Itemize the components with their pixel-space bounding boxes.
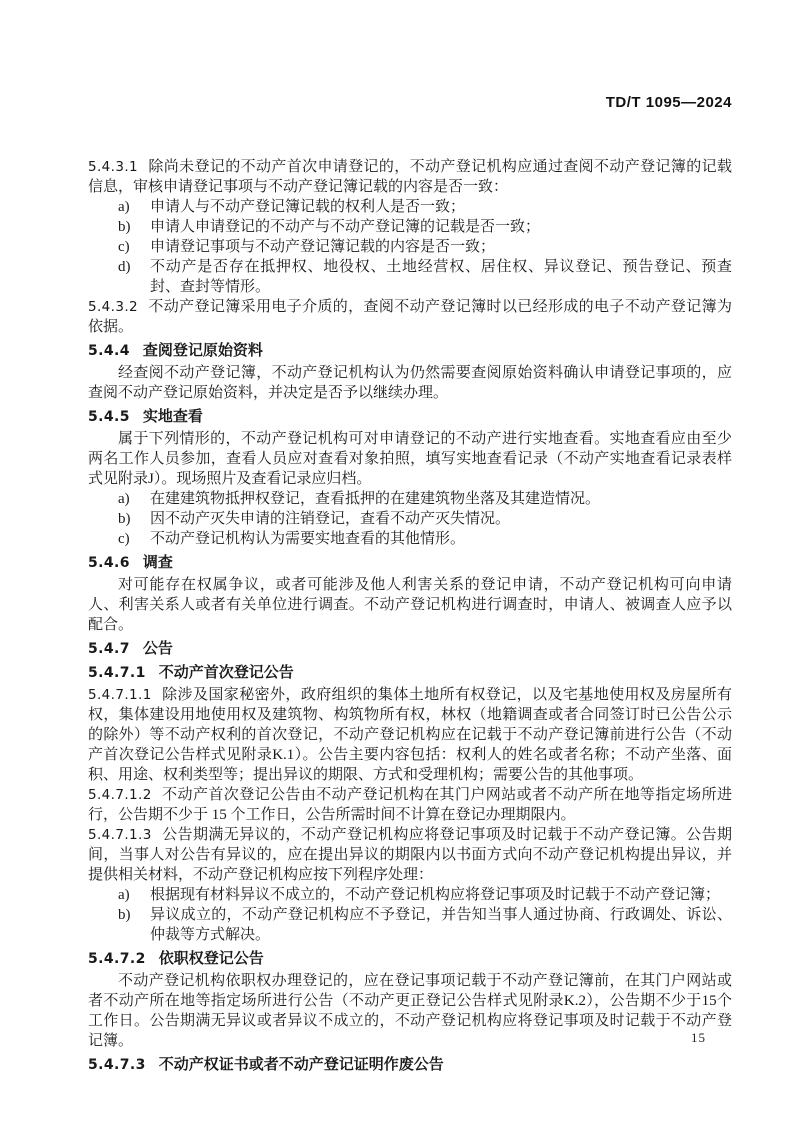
clause-number: 5.4.3.2: [88, 299, 138, 315]
heading-number: 5.4.6: [88, 555, 130, 571]
heading-text: 依职权登记公告: [159, 950, 264, 967]
heading-text: 查阅登记原始资料: [143, 342, 263, 359]
list-item: b) 申请人申请登记的不动产与不动产登记簿的记载是否一致；: [88, 217, 732, 237]
clause-text: 不动产首次登记公告由不动产登记机构在其门户网站或者不动产所在地等指定场所进行，公…: [88, 787, 732, 823]
heading-text: 公告: [143, 640, 173, 657]
heading-number: 5.4.7.1: [88, 665, 146, 681]
page-footer: 15: [691, 1030, 706, 1046]
heading-5-4-4: 5.4.4查阅登记原始资料: [88, 341, 732, 361]
clause-number: 5.4.7.1.2: [88, 787, 152, 803]
list-item-text: 申请人申请登记的不动产与不动产登记簿的记载是否一致；: [150, 217, 732, 237]
list-item: a) 申请人与不动产登记簿记载的权利人是否一致；: [88, 197, 732, 217]
clause-text: 公告期满无异议的，不动产登记机构应将登记事项及时记载于不动产登记簿。公告期间，当…: [88, 827, 732, 883]
paragraph: 不动产登记机构依职权办理登记的，应在登记事项记载于不动产登记簿前，在其门户网站或…: [88, 971, 732, 1051]
document-body: 5.4.3.1除尚未登记的不动产首次申请登记的，不动产登记机构应通过查阅不动产登…: [88, 157, 732, 1077]
list-marker: b): [118, 509, 150, 529]
clause-number: 5.4.3.1: [88, 159, 138, 175]
heading-number: 5.4.7.2: [88, 951, 146, 967]
list-item: b) 异议成立的，不动产登记机构应不予登记，并告知当事人通过协商、行政调处、诉讼…: [88, 905, 732, 945]
doc-code: TD/T 1095—2024: [606, 94, 732, 111]
list-item: c) 申请登记事项与不动产登记簿记载的内容是否一致；: [88, 237, 732, 257]
list-marker: d): [118, 257, 150, 297]
clause-number: 5.4.7.1.1: [88, 687, 152, 703]
heading-number: 5.4.4: [88, 343, 130, 359]
clause-text: 除涉及国家秘密外，政府组织的集体土地所有权登记，以及宅基地使用权及房屋所有权，集…: [88, 687, 732, 783]
list-item-text: 根据现有材料异议不成立的，不动产登记机构应将登记事项及时记载于不动产登记簿；: [150, 885, 732, 905]
list-item: c) 不动产登记机构认为需要实地查看的其他情形。: [88, 529, 732, 549]
list-item-text: 不动产登记机构认为需要实地查看的其他情形。: [150, 529, 732, 549]
heading-number: 5.4.5: [88, 409, 130, 425]
list-marker: b): [118, 217, 150, 237]
heading-5-4-5: 5.4.5实地查看: [88, 407, 732, 427]
list-item: a) 在建建筑物抵押权登记，查看抵押的在建建筑物坐落及其建造情况。: [88, 489, 732, 509]
heading-5-4-7-3: 5.4.7.3不动产权证书或者不动产登记证明作废公告: [88, 1055, 732, 1075]
list-item: b) 因不动产灭失申请的注销登记，查看不动产灭失情况。: [88, 509, 732, 529]
list-item-text: 不动产是否存在抵押权、地役权、土地经营权、居住权、异议登记、预告登记、预查封、查…: [150, 257, 732, 297]
list-item: d) 不动产是否存在抵押权、地役权、土地经营权、居住权、异议登记、预告登记、预查…: [88, 257, 732, 297]
heading-text: 实地查看: [143, 408, 203, 425]
list-item: a) 根据现有材料异议不成立的，不动产登记机构应将登记事项及时记载于不动产登记簿…: [88, 885, 732, 905]
heading-number: 5.4.7: [88, 641, 130, 657]
clause-5-4-7-1-3: 5.4.7.1.3公告期满无异议的，不动产登记机构应将登记事项及时记载于不动产登…: [88, 825, 732, 885]
list-marker: a): [118, 197, 150, 217]
list-item-text: 申请登记事项与不动产登记簿记载的内容是否一致；: [150, 237, 732, 257]
clause-5-4-3-2: 5.4.3.2不动产登记簿采用电子介质的，查阅不动产登记簿时以已经形成的电子不动…: [88, 297, 732, 337]
list-item-text: 申请人与不动产登记簿记载的权利人是否一致；: [150, 197, 732, 217]
heading-text: 不动产权证书或者不动产登记证明作废公告: [159, 1056, 444, 1073]
heading-text: 不动产首次登记公告: [159, 664, 294, 681]
clause-number: 5.4.7.1.3: [88, 827, 152, 843]
list-item-text: 在建建筑物抵押权登记，查看抵押的在建建筑物坐落及其建造情况。: [150, 489, 732, 509]
clause-5-4-3-1: 5.4.3.1除尚未登记的不动产首次申请登记的，不动产登记机构应通过查阅不动产登…: [88, 157, 732, 197]
list-marker: a): [118, 885, 150, 905]
heading-5-4-7: 5.4.7公告: [88, 639, 732, 659]
document-page: TD/T 1095—2024 5.4.3.1除尚未登记的不动产首次申请登记的，不…: [0, 0, 794, 1122]
list-item-text: 因不动产灭失申请的注销登记，查看不动产灭失情况。: [150, 509, 732, 529]
list-marker: c): [118, 237, 150, 257]
heading-5-4-7-2: 5.4.7.2依职权登记公告: [88, 949, 732, 969]
list-marker: b): [118, 905, 150, 945]
heading-5-4-7-1: 5.4.7.1不动产首次登记公告: [88, 663, 732, 683]
clause-text: 不动产登记簿采用电子介质的，查阅不动产登记簿时以已经形成的电子不动产登记簿为依据…: [88, 299, 732, 335]
check-list: a) 申请人与不动产登记簿记载的权利人是否一致； b) 申请人申请登记的不动产与…: [88, 197, 732, 297]
list-marker: c): [118, 529, 150, 549]
clause-5-4-7-1-2: 5.4.7.1.2不动产首次登记公告由不动产登记机构在其门户网站或者不动产所在地…: [88, 785, 732, 825]
running-header: TD/T 1095—2024: [606, 94, 732, 111]
paragraph: 属于下列情形的，不动产登记机构可对申请登记的不动产进行实地查看。实地查看应由至少…: [88, 429, 732, 489]
heading-text: 调查: [143, 554, 173, 571]
list-marker: a): [118, 489, 150, 509]
heading-number: 5.4.7.3: [88, 1057, 146, 1073]
paragraph: 经查阅不动产登记簿，不动产登记机构认为仍然需要查阅原始资料确认申请登记事项的，应…: [88, 363, 732, 403]
objection-list: a) 根据现有材料异议不成立的，不动产登记机构应将登记事项及时记载于不动产登记簿…: [88, 885, 732, 945]
inspection-list: a) 在建建筑物抵押权登记，查看抵押的在建建筑物坐落及其建造情况。 b) 因不动…: [88, 489, 732, 549]
clause-text: 除尚未登记的不动产首次申请登记的，不动产登记机构应通过查阅不动产登记簿的记载信息…: [88, 159, 732, 195]
page-number: 15: [691, 1030, 706, 1045]
list-item-text: 异议成立的，不动产登记机构应不予登记，并告知当事人通过协商、行政调处、诉讼、仲裁…: [150, 905, 732, 945]
heading-5-4-6: 5.4.6调查: [88, 553, 732, 573]
clause-5-4-7-1-1: 5.4.7.1.1除涉及国家秘密外，政府组织的集体土地所有权登记，以及宅基地使用…: [88, 685, 732, 785]
paragraph: 对可能存在权属争议，或者可能涉及他人利害关系的登记申请，不动产登记机构可向申请人…: [88, 575, 732, 635]
